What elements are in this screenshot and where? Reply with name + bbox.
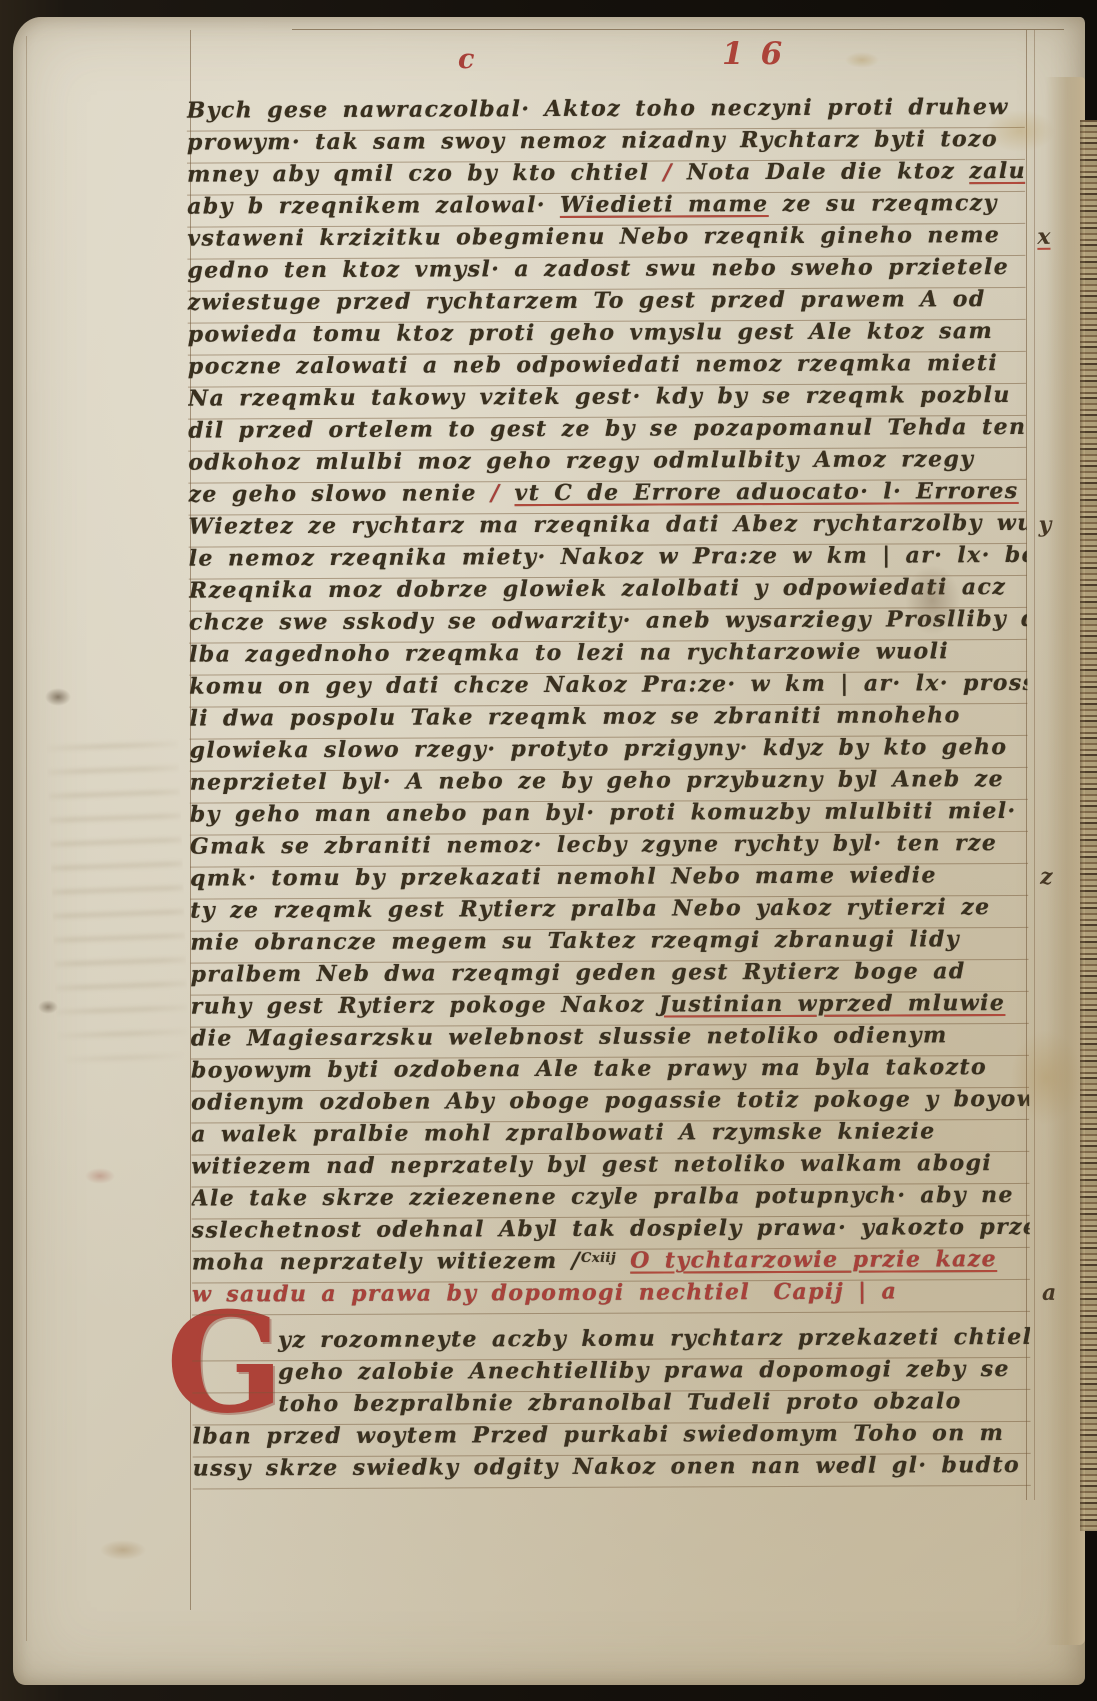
margin-letter-z: z <box>1040 864 1053 890</box>
body-text: Justinian wprzed mluwie <box>659 990 1005 1018</box>
body-text: witiezem nad neprzately byl gest netolik… <box>191 1150 992 1179</box>
body-text: lba zagednoho rzeqmka to lezi na rychtar… <box>189 638 949 667</box>
body-text: mney aby qmil czo by kto chtiel <box>187 159 663 187</box>
body-text: glowieka slowo rzegy· protyto przigyny· … <box>190 734 1008 764</box>
body-text: moha neprzately witiezem / <box>192 1248 581 1276</box>
body-text: li dwa pospolu Take rzeqmk moz se zbrani… <box>189 702 960 731</box>
body-text: toho bezpralbnie zbranolbal Tudeli proto… <box>278 1388 961 1417</box>
body-text: die Magiesarzsku welebnost slussie netol… <box>191 1022 948 1051</box>
body-text: powieda tomu ktoz proti geho vmyslu gest… <box>188 318 994 348</box>
body-text: neprzietel byl· A nebo ze by geho przybu… <box>190 766 1004 796</box>
margin-letter-y: y <box>1039 512 1052 538</box>
body-text: chcze swe sskody se odwarzity· aneb wysa… <box>189 606 1027 636</box>
body-text: Wiedieti mame <box>560 191 769 218</box>
body-text: Wieztez ze rychtarz ma rzeqnika dati Abe… <box>189 510 1027 540</box>
margin-letter-a: a <box>1042 1280 1056 1306</box>
body-text: ruhy gest Rytierz pokoge Nakoz <box>191 992 660 1020</box>
body-text: pralbem Neb dwa rzeqmgi geden gest Rytie… <box>190 958 965 987</box>
body-text: geho zalobie Anechtielliby prawa dopomog… <box>278 1356 1010 1385</box>
rubric-text: O tychtarzowie przie kaze <box>630 1246 997 1274</box>
rubric-text: Capij | a <box>773 1278 897 1305</box>
body-text <box>616 1248 630 1274</box>
body-text: odienym ozdoben Aby oboge pogassie totiz… <box>191 1086 1029 1116</box>
body-text <box>750 1279 774 1305</box>
body-text: odkohoz mlulbi moz geho rzegy odmlulbity… <box>188 446 974 475</box>
body-text: mie obrancze megem su Taktez rzeqmgi zbr… <box>190 926 960 955</box>
body-text: a walek pralbie mohl zpralbowati A rzyms… <box>191 1118 936 1147</box>
body-text: komu on gey dati chcze Nakoz Pra:ze· w k… <box>189 670 1027 700</box>
rubric-text: / <box>491 480 501 506</box>
body-text: gedno ten ktoz vmysl· a zadost swu nebo … <box>187 254 1009 284</box>
body-text <box>500 480 514 506</box>
body-text: zaluge <box>969 158 1025 184</box>
manuscript-photo: c 16 G Bych gese nawraczolbal· Aktoz toh… <box>0 0 1097 1701</box>
body-text: sslechetnost odehnal Abyl tak dospiely p… <box>192 1214 1030 1244</box>
body-text: vt C de Errore aduocato· l· Errores <box>514 478 1018 506</box>
text-line: ussy skrze swiedky odgity Nakoz onen nan… <box>193 1452 1031 1490</box>
body-text: boyowym byti ozdobena Ale take prawy ma … <box>191 1054 987 1083</box>
body-text: by geho man anebo pan byl· proti komuzby… <box>190 798 1017 828</box>
body-text: Nota Dale die ktoz <box>673 158 970 185</box>
rubric-text: / <box>663 159 673 185</box>
body-text: ussy skrze swiedky odgity Nakoz onen nan… <box>193 1452 1020 1482</box>
body-text: vstaweni krzizitku obegmienu Nebo rzeqni… <box>187 222 1000 252</box>
body-text: dil przed ortelem to gest ze by se pozap… <box>188 414 1026 444</box>
body-text: le nemoz rzeqnika miety· Nakoz w Pra:ze … <box>189 542 1027 572</box>
body-text: prowym· tak sam swoy nemoz nizadny Rycht… <box>187 126 998 156</box>
body-text: qmk· tomu by przekazati nemohl Nebo mame… <box>190 862 937 891</box>
body-text: Gmak se zbraniti nemoz· lecby zgyne rych… <box>190 830 997 860</box>
body-text: Cxiij <box>581 1251 616 1266</box>
body-text: aby b rzeqnikem zalowal· <box>187 192 560 220</box>
body-text: ze geho slowo nenie <box>188 480 491 507</box>
body-text: Rzeqnika moz dobrze glowiek zalolbati y … <box>189 574 1006 604</box>
body-text: zwiestuge przed rychtarzem To gest przed… <box>188 286 986 315</box>
body-text: yz rozomneyte aczby komu rychtarz przeka… <box>278 1324 1030 1353</box>
body-text: ze su rzeqmczy <box>768 190 997 217</box>
body-text: Ale take skrze zziezenene czyle pralba p… <box>191 1182 1013 1212</box>
body-text: ty ze rzeqmk gest Rytierz pralba Nebo ya… <box>190 894 990 923</box>
body-text: lban przed woytem Przed purkabi swiedomy… <box>192 1420 1004 1450</box>
body-text: Bych gese nawraczolbal· Aktoz toho neczy… <box>187 94 1009 124</box>
text-line: w saudu a prawa by dopomogi nechtiel Cap… <box>192 1278 1030 1316</box>
text-block: Bych gese nawraczolbal· Aktoz toho neczy… <box>0 0 1097 1701</box>
body-text: poczne zalowati a neb odpowiedati nemoz … <box>188 350 998 380</box>
rubric-text: w saudu a prawa by dopomogi nechtiel <box>192 1279 750 1307</box>
margin-letter-x: x <box>1037 224 1050 250</box>
body-text: Na rzeqmku takowy vzitek gest· kdy by se… <box>188 382 1011 412</box>
